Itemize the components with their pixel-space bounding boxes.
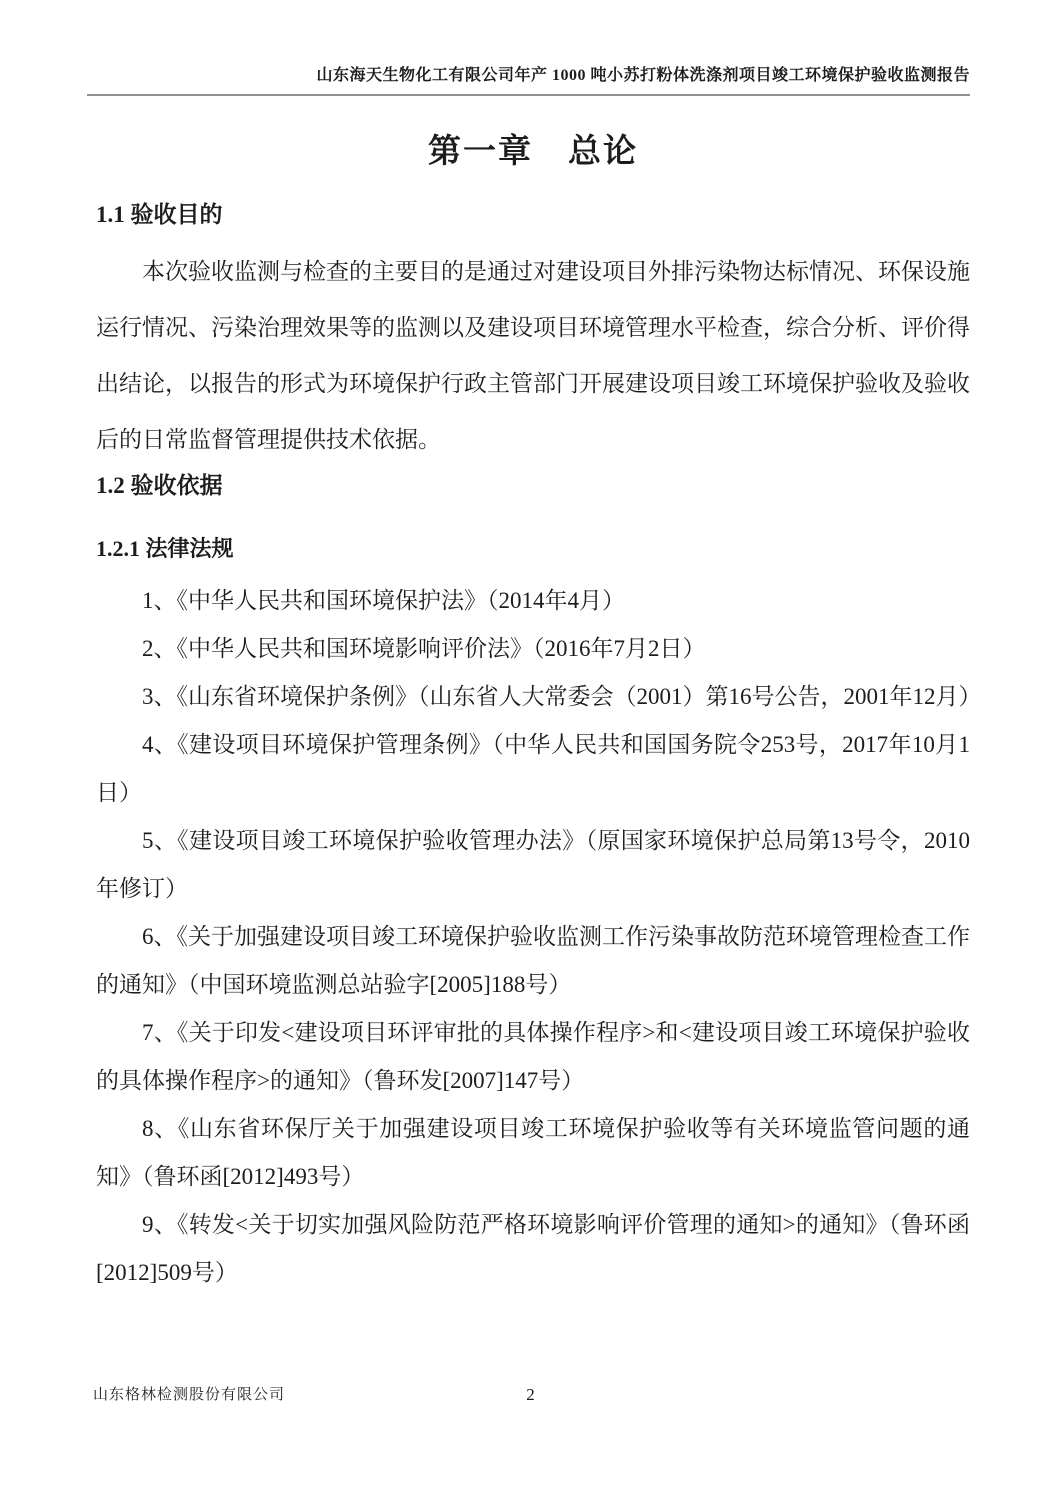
page-footer: 山东格林检测股份有限公司 2: [0, 1384, 1061, 1410]
law-item-4: 4、《建设项目环境保护管理条例》（中华人民共和国国务院令253号，2017年10…: [96, 721, 970, 817]
law-item-8: 8、《山东省环保厅关于加强建设项目竣工环境保护验收等有关环境监管问题的通知》（鲁…: [96, 1105, 970, 1201]
law-item-7: 7、《关于印发<建设项目环评审批的具体操作程序>和<建设项目竣工环境保护验收的具…: [96, 1009, 970, 1105]
section-1-2-heading: 1.2 验收依据: [96, 470, 970, 501]
law-item-6: 6、《关于加强建设项目竣工环境保护验收监测工作污染事故防范环境管理检查工作的通知…: [96, 913, 970, 1009]
law-item-3: 3、《山东省环境保护条例》（山东省人大常委会（2001）第16号公告，2001年…: [96, 673, 970, 721]
page-header: 山东海天生物化工有限公司年产 1000 吨小苏打粉体洗涤剂项目竣工环境保护验收监…: [87, 0, 970, 96]
document-page: 山东海天生物化工有限公司年产 1000 吨小苏打粉体洗涤剂项目竣工环境保护验收监…: [0, 0, 1061, 1500]
page-number: 2: [0, 1384, 1061, 1406]
page-body: 第一章 总论 1.1 验收目的 本次验收监测与检查的主要目的是通过对建设项目外排…: [96, 128, 970, 1297]
law-item-1: 1、《中华人民共和国环境保护法》（2014年4月）: [96, 577, 970, 625]
section-1-1-heading: 1.1 验收目的: [96, 199, 970, 230]
law-list: 1、《中华人民共和国环境保护法》（2014年4月） 2、《中华人民共和国环境影响…: [96, 577, 970, 1297]
chapter-title: 第一章 总论: [96, 128, 970, 177]
law-item-9: 9、《转发<关于切实加强风险防范严格环境影响评价管理的通知>的通知》（鲁环函[2…: [96, 1201, 970, 1297]
running-header-title: 山东海天生物化工有限公司年产 1000 吨小苏打粉体洗涤剂项目竣工环境保护验收监…: [96, 64, 970, 88]
law-item-2: 2、《中华人民共和国环境影响评价法》（2016年7月2日）: [96, 625, 970, 673]
law-item-5: 5、《建设项目竣工环境保护验收管理办法》（原国家环境保护总局第13号令，2010…: [96, 817, 970, 913]
section-1-2-1-heading: 1.2.1 法律法规: [96, 535, 970, 563]
section-1-1-paragraph: 本次验收监测与检查的主要目的是通过对建设项目外排污染物达标情况、环保设施运行情况…: [96, 244, 970, 468]
